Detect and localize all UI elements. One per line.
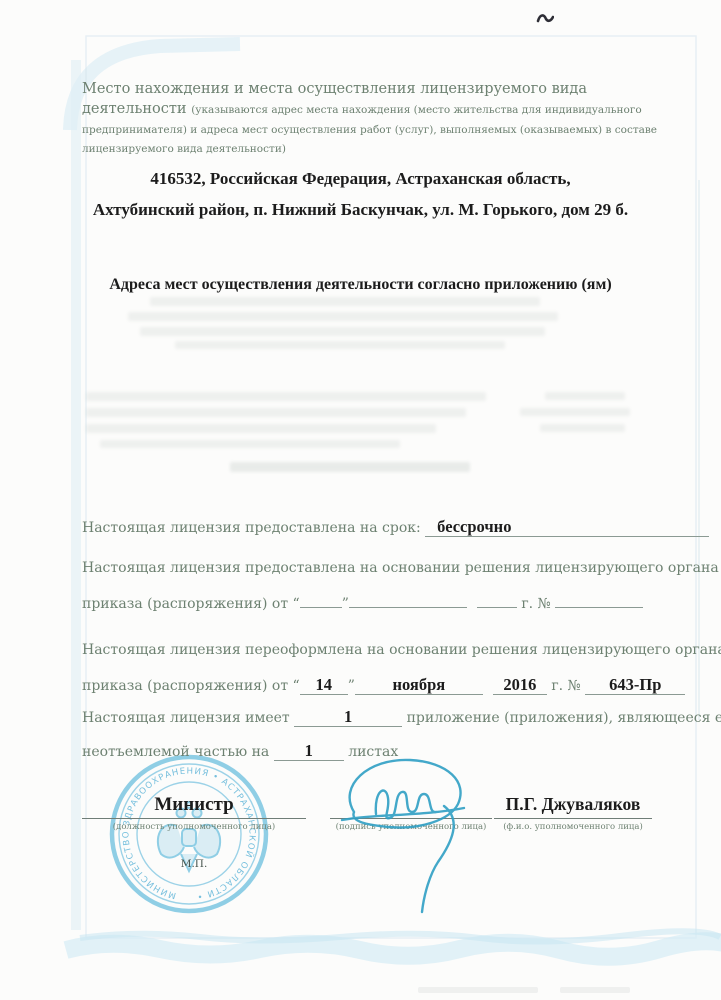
granted-number-field: [555, 607, 643, 608]
seal-place-mark: М.П.: [82, 858, 306, 870]
bleedthrough-smudge: [86, 408, 466, 417]
reissued-sentence: Настоящая лицензия переоформлена на осно…: [82, 642, 721, 658]
term-label: Настоящая лицензия предоставлена на срок…: [82, 520, 421, 536]
bleedthrough-smudge: [128, 312, 558, 321]
attachments-part3: неотъемлемой частью на: [82, 744, 269, 760]
scan-artifact: [560, 987, 630, 993]
granted-prefix: приказа (распоряжения) от: [82, 596, 288, 612]
bleedthrough-smudge: [540, 424, 625, 432]
intro-paragraph: Место нахождения и места осуществления л…: [82, 78, 667, 156]
bleedthrough-smudge: [150, 297, 540, 306]
reissued-number-field: 643-Пр: [585, 676, 685, 695]
bleedthrough-smudge: [230, 462, 470, 472]
border-bottom-wave: [66, 941, 721, 957]
reissued-day-field: 14: [300, 676, 348, 695]
granted-sentence: Настоящая лицензия предоставлена на осно…: [82, 560, 721, 576]
granted-day-field: [300, 607, 342, 608]
ministry-seal-stamp: МИНИСТЕРСТВО ЗДРАВООХРАНЕНИЯ • АСТРАХАНС…: [105, 750, 273, 918]
term-value-field: бессрочно: [425, 518, 709, 537]
bleedthrough-smudge: [86, 424, 436, 433]
bleedthrough-smudge: [520, 408, 630, 416]
reissued-month-field: ноября: [355, 676, 483, 695]
position-title: Министр: [82, 794, 306, 819]
attachments-part1: Настоящая лицензия имеет: [82, 710, 290, 726]
ink-speck: [536, 12, 554, 25]
appendix-count-field: 1: [294, 708, 402, 727]
position-caption: (должность уполномоченного лица): [82, 822, 306, 832]
granted-number-label: г. №: [521, 596, 550, 612]
close-quote: ”: [342, 596, 349, 612]
address-line-2: Ахтубинский район, п. Нижний Баскунчак, …: [0, 194, 721, 225]
bleedthrough-smudge: [100, 440, 400, 448]
term-line: Настоящая лицензия предоставлена на срок…: [82, 518, 709, 537]
reissued-number-label: г. №: [551, 678, 580, 694]
addresses-heading: Адреса мест осуществления деятельности с…: [0, 276, 721, 294]
handwritten-signature: [318, 748, 496, 920]
reissued-year-field: 2016: [493, 676, 547, 695]
border-bottom-wave-inner: [80, 931, 720, 941]
bleedthrough-smudge: [545, 392, 625, 400]
attachments-line-1: Настоящая лицензия имеет 1 приложение (п…: [82, 708, 721, 727]
bleedthrough-smudge: [86, 392, 486, 401]
granted-year-field: [477, 607, 517, 608]
officer-name-column: П.Г. Джуваляков (ф.и.о. уполномоченного …: [494, 794, 652, 832]
open-quote: “: [293, 678, 300, 694]
granted-month-field: [349, 607, 467, 608]
open-quote: “: [293, 596, 300, 612]
granted-order-line: приказа (распоряжения) от “” г. №: [82, 596, 643, 612]
licensee-address: 416532, Российская Федерация, Астраханск…: [0, 163, 721, 225]
close-quote: ”: [348, 678, 355, 694]
attachments-part2: приложение (приложения), являющееся ее: [407, 710, 721, 726]
reissued-prefix: приказа (распоряжения) от: [82, 678, 288, 694]
position-signature-column: Министр (должность уполномоченного лица): [82, 794, 306, 832]
officer-name: П.Г. Джуваляков: [494, 794, 652, 819]
name-caption: (ф.и.о. уполномоченного лица): [494, 822, 652, 832]
reissued-order-line: приказа (распоряжения) от “14”ноября2016…: [82, 676, 685, 695]
license-document-page: Место нахождения и места осуществления л…: [0, 0, 721, 1000]
scan-artifact: [418, 987, 538, 993]
bleedthrough-smudge: [175, 341, 505, 349]
bleedthrough-smudge: [140, 327, 545, 336]
address-line-1: 416532, Российская Федерация, Астраханск…: [0, 163, 721, 194]
